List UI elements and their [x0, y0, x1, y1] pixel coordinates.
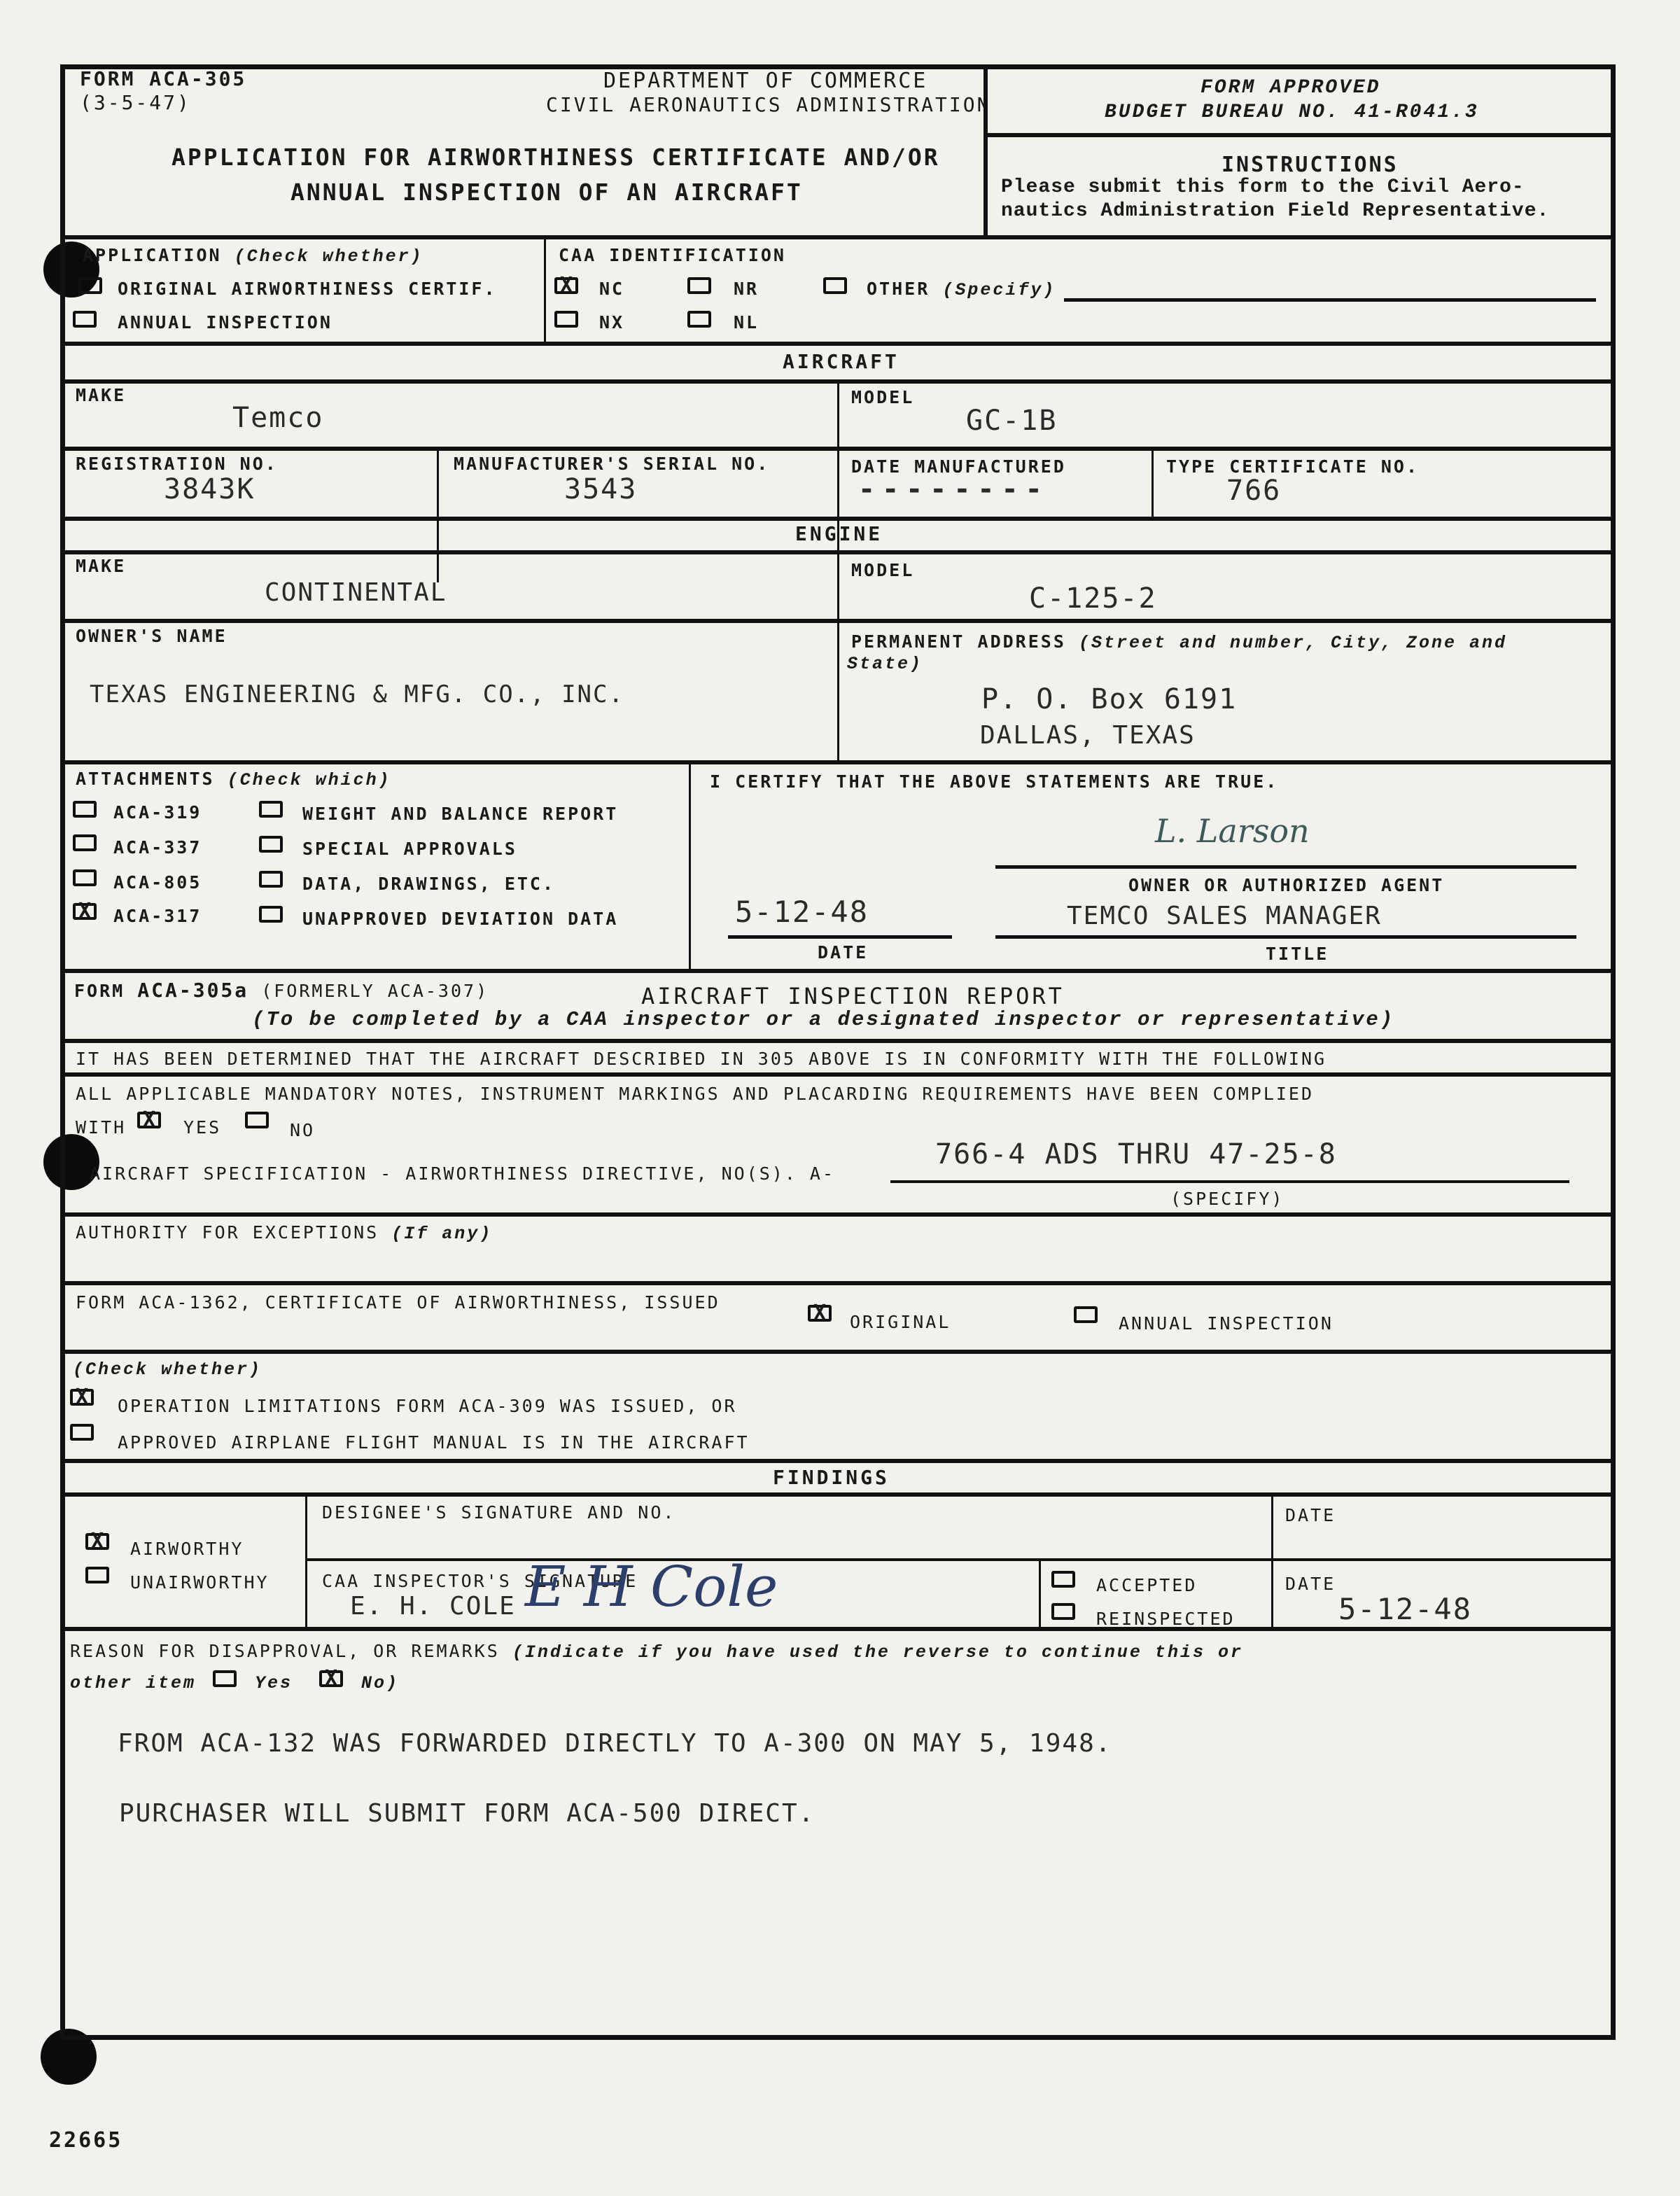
divider — [437, 448, 439, 582]
registration-value[interactable]: 3843K — [164, 473, 255, 505]
attachment-unapproved-deviation-checkbox[interactable] — [259, 906, 283, 923]
owner-signature-line — [995, 865, 1576, 869]
engine-section-title: ENGINE — [795, 522, 883, 545]
unairworthy-label: UNAIRWORTHY — [130, 1572, 269, 1593]
divider — [60, 969, 1616, 973]
engine-make-value[interactable]: CONTINENTAL — [265, 578, 447, 607]
form-number: FORM ACA-305 — [80, 67, 246, 90]
type-certificate-label: TYPE CERTIFICATE NO. — [1166, 456, 1419, 477]
approval-divider — [983, 133, 1616, 137]
agency-name: CIVIL AERONAUTICS ADMINISTRATION — [546, 93, 990, 116]
attachment-weight-balance-label: WEIGHT AND BALANCE REPORT — [302, 804, 618, 824]
certify-statement: I CERTIFY THAT THE ABOVE STATEMENTS ARE … — [710, 771, 1278, 792]
certify-title-value[interactable]: TEMCO SALES MANAGER — [1067, 902, 1382, 930]
attachment-weight-balance-checkbox[interactable] — [259, 801, 283, 818]
application-annual-label: ANNUAL INSPECTION — [118, 312, 332, 333]
department-name: DEPARTMENT OF COMMERCE — [603, 69, 927, 93]
divider — [544, 238, 546, 343]
reverse-no-label: No) — [361, 1673, 399, 1693]
instructions-text-2: nautics Administration Field Representat… — [1001, 200, 1549, 222]
type-certificate-value[interactable]: 766 — [1226, 475, 1281, 507]
divider — [60, 1212, 1616, 1217]
certify-title-line — [995, 935, 1576, 939]
aircraft-section-title: AIRCRAFT — [783, 350, 899, 373]
attachment-data-drawings-label: DATA, DRAWINGS, ETC. — [302, 874, 555, 894]
caa-nx-checkbox[interactable] — [554, 311, 578, 328]
owner-name-value[interactable]: TEXAS ENGINEERING & MFG. CO., INC. — [90, 680, 624, 708]
inspection-form-id: FORM ACA-305a (FORMERLY ACA-307) — [74, 979, 489, 1002]
check-whether-hint: (Check whether) — [73, 1359, 262, 1380]
mandatory-no-checkbox[interactable] — [245, 1112, 269, 1128]
certificate-annual-label: ANNUAL INSPECTION — [1119, 1313, 1333, 1334]
remarks-other-item-label: other item — [70, 1673, 196, 1693]
remarks-label: REASON FOR DISAPPROVAL, OR REMARKS (Indi… — [70, 1641, 1243, 1663]
operation-limitations-label: OPERATION LIMITATIONS FORM ACA-309 WAS I… — [118, 1396, 737, 1416]
divider — [60, 1039, 1616, 1043]
caa-nr-checkbox[interactable] — [687, 277, 711, 294]
attachment-aca-319-label: ACA-319 — [113, 802, 202, 823]
caa-other-checkbox[interactable] — [823, 277, 847, 294]
inspector-name-value[interactable]: E. H. COLE — [350, 1592, 516, 1621]
mandatory-yes-checkbox[interactable] — [137, 1112, 161, 1128]
attachment-aca-317-label: ACA-317 — [113, 906, 202, 926]
application-original-checkbox[interactable] — [78, 277, 102, 294]
designee-date-label: DATE — [1285, 1505, 1336, 1525]
owner-signature[interactable]: L. Larson — [1155, 812, 1310, 850]
owner-name-label: OWNER'S NAME — [76, 626, 227, 646]
instructions-text-1: Please submit this form to the Civil Aer… — [1001, 176, 1525, 198]
address-line-1[interactable]: P. O. Box 6191 — [981, 683, 1237, 715]
attachment-aca-805-checkbox[interactable] — [73, 869, 97, 886]
reverse-yes-checkbox[interactable] — [213, 1670, 237, 1687]
unairworthy-checkbox[interactable] — [85, 1567, 109, 1583]
attachment-unapproved-deviation-label: UNAPPROVED DEVIATION DATA — [302, 909, 618, 929]
findings-section-title: FINDINGS — [773, 1466, 890, 1489]
owner-agent-label: OWNER OR AUTHORIZED AGENT — [1128, 875, 1444, 895]
certify-date-value[interactable]: 5-12-48 — [735, 895, 869, 929]
divider — [1151, 448, 1154, 518]
reinspected-label: REINSPECTED — [1096, 1609, 1235, 1629]
accepted-checkbox[interactable] — [1051, 1571, 1075, 1588]
aircraft-model-value[interactable]: GC-1B — [966, 405, 1057, 437]
divider — [60, 1350, 1616, 1354]
exceptions-label: AUTHORITY FOR EXCEPTIONS (If any) — [76, 1222, 492, 1244]
certificate-original-checkbox[interactable] — [808, 1305, 832, 1322]
application-annual-checkbox[interactable] — [73, 311, 97, 328]
reinspected-checkbox[interactable] — [1051, 1603, 1075, 1620]
registration-label: REGISTRATION NO. — [76, 454, 278, 474]
permanent-address-label: PERMANENT ADDRESS (Street and number, Ci… — [851, 631, 1507, 653]
reverse-yes-label: Yes — [255, 1673, 293, 1693]
exceptions-field[interactable] — [70, 1246, 1603, 1278]
application-label: APPLICATION (Check whether) — [83, 245, 423, 267]
application-original-label: ORIGINAL AIRWORTHINESS CERTIF. — [118, 279, 497, 299]
caa-nl-label: NL — [734, 312, 759, 333]
reverse-no-checkbox[interactable] — [319, 1670, 343, 1687]
caa-other-label: OTHER (Specify) — [867, 279, 1056, 300]
certify-date-label: DATE — [818, 942, 868, 963]
attachment-data-drawings-checkbox[interactable] — [259, 871, 283, 888]
divider — [60, 1072, 1616, 1077]
airworthy-label: AIRWORTHY — [130, 1539, 244, 1559]
airworthy-checkbox[interactable] — [85, 1533, 109, 1550]
caa-identification-label: CAA IDENTIFICATION — [559, 245, 786, 265]
caa-nc-label: NC — [599, 279, 624, 299]
inspection-report-title: AIRCRAFT INSPECTION REPORT — [641, 983, 1065, 1009]
caa-nc-checkbox[interactable] — [554, 277, 578, 294]
form-revision-date: (3-5-47) — [80, 91, 191, 114]
certify-title-label: TITLE — [1266, 944, 1329, 964]
header-divider — [983, 64, 988, 238]
designee-signature-label: DESIGNEE'S SIGNATURE AND NO. — [322, 1502, 675, 1523]
divider — [837, 550, 839, 762]
engine-model-label: MODEL — [851, 560, 914, 580]
divider — [60, 342, 1616, 346]
certify-date-line — [728, 935, 952, 939]
certificate-original-label: ORIGINAL — [850, 1312, 951, 1332]
serial-value[interactable]: 3543 — [564, 473, 637, 505]
accepted-label: ACCEPTED — [1096, 1575, 1197, 1595]
attachment-aca-317-checkbox[interactable] — [73, 903, 97, 920]
certificate-issued-label: FORM ACA-1362, CERTIFICATE OF AIRWORTHIN… — [76, 1292, 720, 1313]
divider — [60, 1627, 1616, 1631]
flight-manual-label: APPROVED AIRPLANE FLIGHT MANUAL IS IN TH… — [118, 1432, 750, 1453]
caa-nx-label: NX — [599, 312, 624, 333]
flight-manual-checkbox[interactable] — [70, 1424, 94, 1441]
permanent-address-hint: State) — [847, 654, 923, 674]
attachment-aca-319-checkbox[interactable] — [73, 801, 97, 818]
divider — [60, 447, 1616, 451]
aircraft-make-label: MAKE — [76, 385, 126, 405]
operation-limitations-checkbox[interactable] — [70, 1389, 94, 1406]
remarks-line-2[interactable]: PURCHASER WILL SUBMIT FORM ACA-500 DIREC… — [119, 1799, 815, 1828]
mandatory-with-label: WITH — [76, 1117, 126, 1138]
divider — [60, 760, 1616, 764]
budget-bureau-number: BUDGET BUREAU NO. 41-R041.3 — [1105, 102, 1479, 123]
aircraft-make-value[interactable]: Temco — [232, 402, 323, 434]
engine-make-label: MAKE — [76, 556, 126, 576]
divider — [60, 235, 1616, 239]
divider — [1039, 1560, 1041, 1627]
attachments-label: ATTACHMENTS (Check which) — [76, 769, 391, 790]
divider — [60, 1492, 1616, 1497]
form-approved-label: FORM APPROVED — [1200, 77, 1380, 99]
caa-other-specify-field[interactable] — [1064, 298, 1596, 302]
remarks-line-1[interactable]: FROM ACA-132 WAS FORWARDED DIRECTLY TO A… — [118, 1729, 1112, 1758]
divider — [60, 1281, 1616, 1285]
caa-nl-checkbox[interactable] — [687, 311, 711, 328]
attachment-aca-337-checkbox[interactable] — [73, 834, 97, 851]
divider — [689, 762, 691, 972]
engine-model-value[interactable]: C-125-2 — [1029, 582, 1157, 615]
mandatory-no-label: NO — [290, 1120, 315, 1140]
inspector-date-label: DATE — [1285, 1574, 1336, 1594]
form-title-line2: ANNUAL INSPECTION OF AN AIRCRAFT — [290, 179, 803, 206]
attachment-special-approvals-label: SPECIAL APPROVALS — [302, 839, 517, 859]
divider — [305, 1558, 1616, 1561]
inspector-date-value[interactable]: 5-12-48 — [1338, 1592, 1472, 1626]
form-title-line1: APPLICATION FOR AIRWORTHINESS CERTIFICAT… — [171, 144, 940, 171]
designee-date-field[interactable] — [1282, 1529, 1604, 1554]
aircraft-model-label: MODEL — [851, 387, 914, 407]
conformity-statement: IT HAS BEEN DETERMINED THAT THE AIRCRAFT… — [76, 1049, 1326, 1069]
designee-signature-field[interactable] — [319, 1526, 1264, 1554]
address-line-2[interactable]: DALLAS, TEXAS — [980, 721, 1196, 750]
specify-hint: (SPECIFY) — [1170, 1189, 1284, 1209]
divider — [60, 619, 1616, 623]
divider — [60, 1459, 1616, 1463]
inspector-signature[interactable]: E H Cole — [525, 1554, 778, 1619]
serial-label: MANUFACTURER'S SERIAL NO. — [454, 454, 769, 474]
mandatory-yes-label: YES — [183, 1117, 221, 1138]
aircraft-specification-line — [890, 1180, 1569, 1183]
inspection-report-subtitle: (To be completed by a CAA inspector or a… — [252, 1008, 1394, 1031]
instructions-title: INSTRUCTIONS — [1221, 153, 1399, 177]
attachment-aca-337-label: ACA-337 — [113, 837, 202, 858]
date-manufactured-value[interactable]: -------- — [858, 473, 1049, 505]
caa-nr-label: NR — [734, 279, 759, 299]
attachment-aca-805-label: ACA-805 — [113, 872, 202, 893]
mandatory-notes-statement: ALL APPLICABLE MANDATORY NOTES, INSTRUME… — [76, 1084, 1314, 1104]
aircraft-specification-label: AIRCRAFT SPECIFICATION - AIRWORTHINESS D… — [90, 1163, 835, 1184]
attachment-special-approvals-checkbox[interactable] — [259, 836, 283, 853]
divider — [60, 517, 1616, 521]
aircraft-specification-value[interactable]: 766-4 ADS THRU 47-25-8 — [935, 1138, 1337, 1170]
certificate-annual-checkbox[interactable] — [1074, 1306, 1098, 1323]
document-number: 22665 — [49, 2128, 122, 2153]
